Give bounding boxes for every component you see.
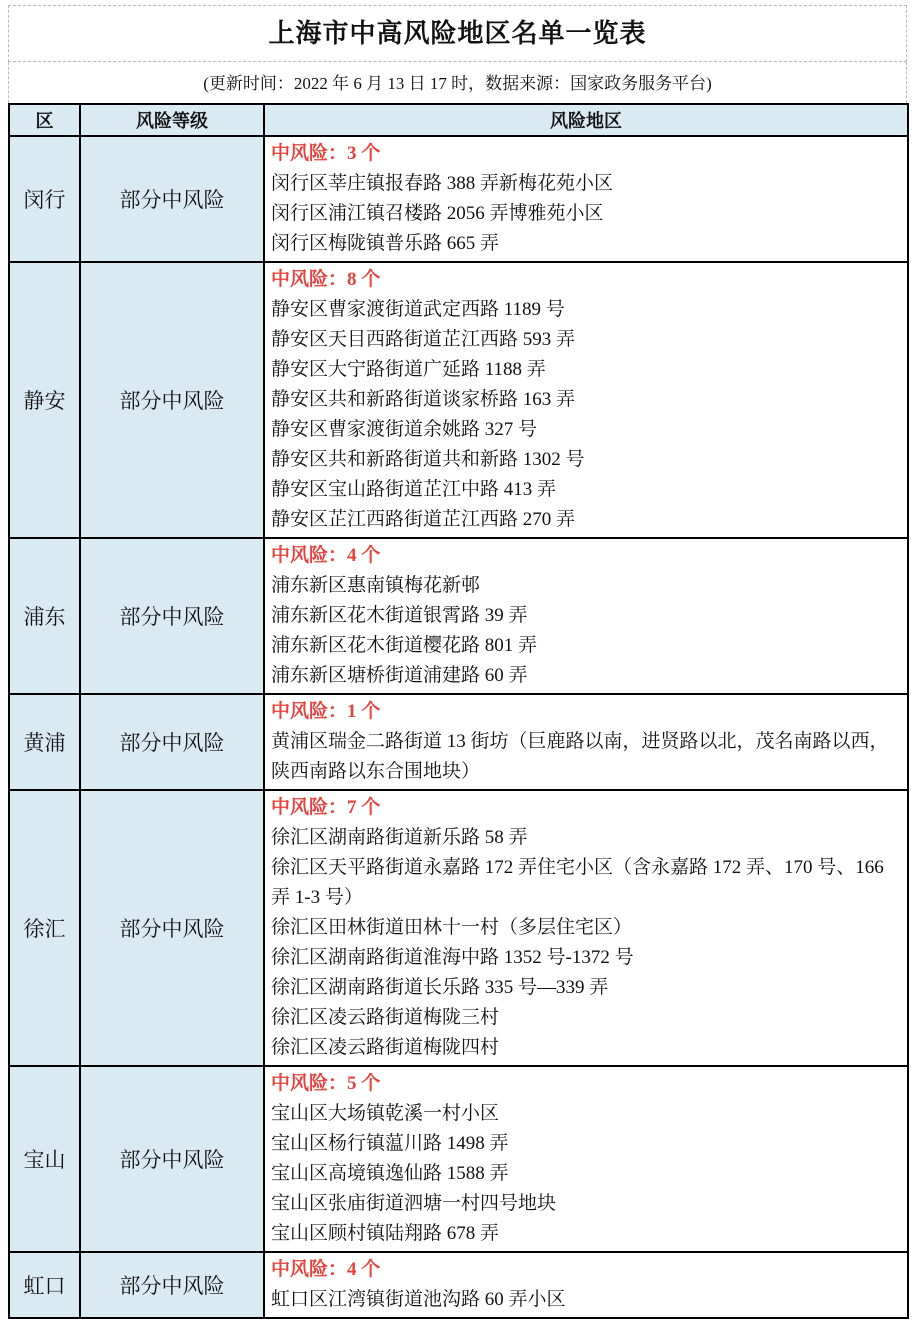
header-risk-areas: 风险地区: [264, 104, 908, 136]
district-cell: 虹口: [9, 1252, 80, 1316]
table-row: 宝山部分中风险中风险：5 个宝山区大场镇乾溪一村小区宝山区杨行镇蕰川路 1498…: [9, 1066, 908, 1252]
risk-count-label: 中风险：7 个: [271, 793, 899, 823]
page-title: 上海市中高风险地区名单一览表: [8, 5, 907, 62]
risk-area-line: 静安区大宁路街道广延路 1188 弄: [271, 355, 899, 385]
risk-areas-cell: 中风险：8 个静安区曹家渡街道武定西路 1189 号静安区天目西路街道芷江西路 …: [264, 262, 908, 538]
risk-area-line: 徐汇区田林街道田林十一村（多层住宅区）: [271, 913, 899, 943]
risk-area-line: 静安区共和新路街道共和新路 1302 号: [271, 445, 899, 475]
table-row: 闵行部分中风险中风险：3 个闵行区莘庄镇报春路 388 弄新梅花苑小区闵行区浦江…: [9, 136, 908, 262]
risk-level-cell: 部分中风险: [80, 262, 264, 538]
risk-level-cell: 部分中风险: [80, 1252, 264, 1316]
risk-areas-cell: 中风险：1 个黄浦区瑞金二路街道 13 街坊（巨鹿路以南，进贤路以北，茂名南路以…: [264, 694, 908, 790]
risk-area-line: 闵行区梅陇镇普乐路 665 弄: [271, 229, 899, 259]
risk-count-label: 中风险：4 个: [271, 1255, 899, 1285]
table-row: 徐汇部分中风险中风险：7 个徐汇区湖南路街道新乐路 58 弄徐汇区天平路街道永嘉…: [9, 790, 908, 1066]
risk-area-line: 静安区曹家渡街道武定西路 1189 号: [271, 295, 899, 325]
risk-area-line: 宝山区杨行镇蕰川路 1498 弄: [271, 1129, 899, 1159]
risk-area-line: 静安区天目西路街道芷江西路 593 弄: [271, 325, 899, 355]
risk-level-cell: 部分中风险: [80, 790, 264, 1066]
risk-area-line: 静安区芷江西路街道芷江西路 270 弄: [271, 505, 899, 535]
risk-level-cell: 部分中风险: [80, 538, 264, 694]
district-cell: 黄浦: [9, 694, 80, 790]
risk-count-label: 中风险：8 个: [271, 265, 899, 295]
risk-level-cell: 部分中风险: [80, 1066, 264, 1252]
risk-area-line: 宝山区顾村镇陆翔路 678 弄: [271, 1219, 899, 1249]
risk-areas-cell: 中风险：3 个闵行区莘庄镇报春路 388 弄新梅花苑小区闵行区浦江镇召楼路 20…: [264, 136, 908, 262]
risk-count-label: 中风险：5 个: [271, 1069, 899, 1099]
risk-level-cell: 部分中风险: [80, 136, 264, 262]
risk-area-line: 徐汇区凌云路街道梅陇三村: [271, 1003, 899, 1033]
risk-areas-cell: 中风险：5 个宝山区大场镇乾溪一村小区宝山区杨行镇蕰川路 1498 弄宝山区高境…: [264, 1066, 908, 1252]
table-row: 浦东部分中风险中风险：4 个浦东新区惠南镇梅花新邨浦东新区花木街道银霄路 39 …: [9, 538, 908, 694]
risk-area-line: 闵行区浦江镇召楼路 2056 弄博雅苑小区: [271, 199, 899, 229]
risk-area-line: 宝山区大场镇乾溪一村小区: [271, 1099, 899, 1129]
district-cell: 浦东: [9, 538, 80, 694]
risk-area-line: 静安区宝山路街道芷江中路 413 弄: [271, 475, 899, 505]
risk-area-line: 浦东新区惠南镇梅花新邨: [271, 571, 899, 601]
table-header-row: 区 风险等级 风险地区: [9, 104, 908, 136]
risk-area-line: 黄浦区瑞金二路街道 13 街坊（巨鹿路以南，进贤路以北，茂名南路以西，陕西南路以…: [271, 727, 899, 787]
risk-areas-cell: 中风险：7 个徐汇区湖南路街道新乐路 58 弄徐汇区天平路街道永嘉路 172 弄…: [264, 790, 908, 1066]
risk-area-line: 徐汇区凌云路街道梅陇四村: [271, 1033, 899, 1063]
header-risk-level: 风险等级: [80, 104, 264, 136]
table-row: 黄浦部分中风险中风险：1 个黄浦区瑞金二路街道 13 街坊（巨鹿路以南，进贤路以…: [9, 694, 908, 790]
risk-level-cell: 部分中风险: [80, 694, 264, 790]
risk-list-sheet: 上海市中高风险地区名单一览表 (更新时间：2022 年 6 月 13 日 17 …: [8, 5, 907, 1316]
risk-area-line: 静安区曹家渡街道余姚路 327 号: [271, 415, 899, 445]
risk-count-label: 中风险：3 个: [271, 139, 899, 169]
risk-area-line: 宝山区高境镇逸仙路 1588 弄: [271, 1159, 899, 1189]
table-row: 静安部分中风险中风险：8 个静安区曹家渡街道武定西路 1189 号静安区天目西路…: [9, 262, 908, 538]
risk-area-line: 徐汇区湖南路街道新乐路 58 弄: [271, 823, 899, 853]
risk-areas-cell: 中风险：4 个浦东新区惠南镇梅花新邨浦东新区花木街道银霄路 39 弄浦东新区花木…: [264, 538, 908, 694]
risk-area-table: 区 风险等级 风险地区 闵行部分中风险中风险：3 个闵行区莘庄镇报春路 388 …: [8, 103, 909, 1316]
district-cell: 静安: [9, 262, 80, 538]
district-cell: 徐汇: [9, 790, 80, 1066]
risk-area-line: 徐汇区湖南路街道长乐路 335 号—339 弄: [271, 973, 899, 1003]
header-district: 区: [9, 104, 80, 136]
risk-area-line: 浦东新区塘桥街道浦建路 60 弄: [271, 661, 899, 691]
risk-area-line: 闵行区莘庄镇报春路 388 弄新梅花苑小区: [271, 169, 899, 199]
risk-area-line: 徐汇区天平路街道永嘉路 172 弄住宅小区（含永嘉路 172 弄、170 号、1…: [271, 853, 899, 913]
district-cell: 宝山: [9, 1066, 80, 1252]
risk-area-line: 浦东新区花木街道樱花路 801 弄: [271, 631, 899, 661]
page-subtitle: (更新时间：2022 年 6 月 13 日 17 时，数据来源：国家政务服务平台…: [8, 62, 907, 103]
risk-area-line: 虹口区江湾镇街道池沟路 60 弄小区: [271, 1285, 899, 1315]
district-cell: 闵行: [9, 136, 80, 262]
risk-count-label: 中风险：4 个: [271, 541, 899, 571]
risk-area-line: 徐汇区湖南路街道淮海中路 1352 号-1372 号: [271, 943, 899, 973]
risk-area-line: 宝山区张庙街道泗塘一村四号地块: [271, 1189, 899, 1219]
risk-area-line: 浦东新区花木街道银霄路 39 弄: [271, 601, 899, 631]
risk-count-label: 中风险：1 个: [271, 697, 899, 727]
risk-areas-cell: 中风险：4 个虹口区江湾镇街道池沟路 60 弄小区: [264, 1252, 908, 1316]
table-body: 闵行部分中风险中风险：3 个闵行区莘庄镇报春路 388 弄新梅花苑小区闵行区浦江…: [9, 136, 908, 1316]
table-row: 虹口部分中风险中风险：4 个虹口区江湾镇街道池沟路 60 弄小区: [9, 1252, 908, 1316]
risk-area-line: 静安区共和新路街道谈家桥路 163 弄: [271, 385, 899, 415]
